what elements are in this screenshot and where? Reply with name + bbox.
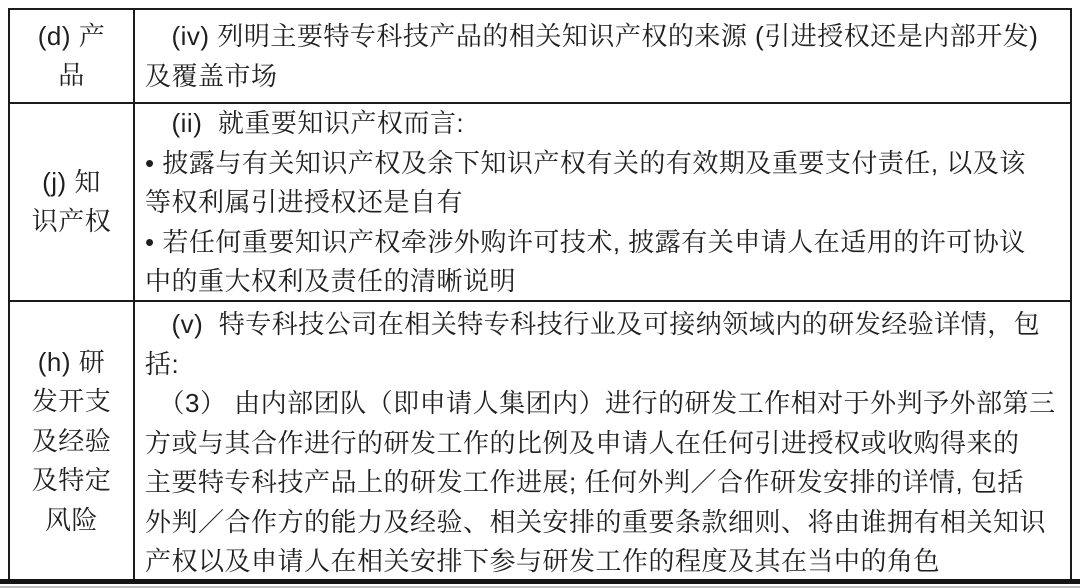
table-row-products: (d) 产 品 (iv) 列明主要特专科技产品的相关知识产权的来源 (引进授权还… [10,10,1070,102]
content-text-line: 及覆盖市场 [145,57,1064,97]
category-cell-products: (d) 产 品 [10,10,135,102]
category-cell-rd-expenditure: (h) 研 发开支 及经验 及特定 风险 [10,302,135,581]
content-text-line: 方或与其合作进行的研发工作的比例及申请人在任何引进授权或收购得来的 [145,424,1064,464]
category-cell-intellectual-property: (j) 知 识产权 [10,104,135,300]
category-text-line: (h) 研 [38,343,106,383]
table-row-intellectual-property: (j) 知 识产权 (ii) 就重要知识产权而言: • 披露与有关知识产权及余下… [10,102,1070,300]
content-text-line: 括: [145,345,1064,385]
content-cell-products: (iv) 列明主要特专科技产品的相关知识产权的来源 (引进授权还是内部开发) 及… [135,10,1070,102]
category-text-line: (d) 产 [38,17,106,57]
content-text-line: • 若任何重要知识产权牵涉外购许可技术, 披露有关申请人在适用的许可协议 [145,223,1064,263]
category-text-line: 及经验 [32,422,112,462]
category-text-line: 及特定 [32,461,112,501]
bottom-rule-bar [0,579,1080,584]
category-text-line: 风险 [45,501,98,541]
content-text-line: (v) 特专科技公司在相关特专科技行业及可接纳领域内的研发经验详情，包 [145,305,1064,345]
content-text-line: 等权利属引进授权还是自有 [145,183,1064,223]
category-text-line: 识产权 [32,202,112,242]
content-text-line: 中的重大权利及责任的清晰说明 [145,262,1064,300]
table-row-rd-expenditure: (h) 研 发开支 及经验 及特定 风险 (v) 特专科技公司在相关特专科技行业… [10,300,1070,581]
disclosure-requirements-table: (d) 产 品 (iv) 列明主要特专科技产品的相关知识产权的来源 (引进授权还… [8,8,1072,581]
content-text-line: • 披露与有关知识产权及余下知识产权有关的有效期及重要支付责任, 以及该 [145,144,1064,184]
content-text-line: (iv) 列明主要特专科技产品的相关知识产权的来源 (引进授权还是内部开发) [145,17,1064,57]
category-text-line: (j) 知 [42,163,101,203]
content-text-line: 主要特专科技产品上的研发工作进展; 任何外判／合作研发安排的详情, 包括 [145,463,1064,503]
content-text-line: 外判／合作方的能力及经验、相关安排的重要条款细则、将由谁拥有相关知识 [145,503,1064,543]
content-text-line: (ii) 就重要知识产权而言: [145,104,1064,144]
content-text-line: （3） 由内部团队（即申请人集团内）进行的研发工作相对于外判予外部第三 [145,384,1064,424]
content-cell-intellectual-property: (ii) 就重要知识产权而言: • 披露与有关知识产权及余下知识产权有关的有效期… [135,104,1070,300]
category-text-line: 发开支 [32,382,112,422]
category-text-line: 品 [58,56,85,96]
content-text-line: 产权以及申请人在相关安排下参与研发工作的程度及其在当中的角色 [145,542,1064,581]
content-cell-rd-expenditure: (v) 特专科技公司在相关特专科技行业及可接纳领域内的研发经验详情，包 括: （… [135,302,1070,581]
